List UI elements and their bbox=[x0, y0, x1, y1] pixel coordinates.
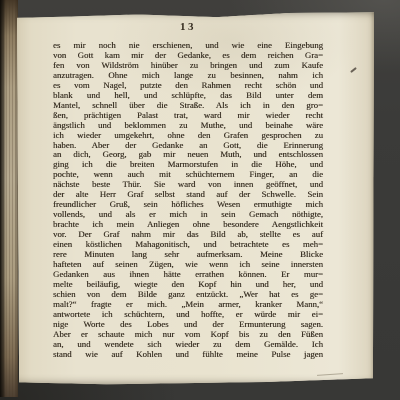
book-spine-edge bbox=[0, 0, 18, 397]
ink-mark bbox=[350, 67, 357, 73]
paper-scratch bbox=[317, 373, 343, 376]
page-text-block: es mir noch nie erschienen, und wie eine… bbox=[53, 41, 323, 360]
book-scan: 13 es mir noch nie erschienen, und wie e… bbox=[0, 0, 400, 400]
page-number: 13 bbox=[53, 21, 323, 33]
book-page: 13 es mir noch nie erschienen, und wie e… bbox=[17, 10, 374, 385]
text-line: stand wie auf Kohlen und fühlte meine Pu… bbox=[53, 350, 323, 360]
